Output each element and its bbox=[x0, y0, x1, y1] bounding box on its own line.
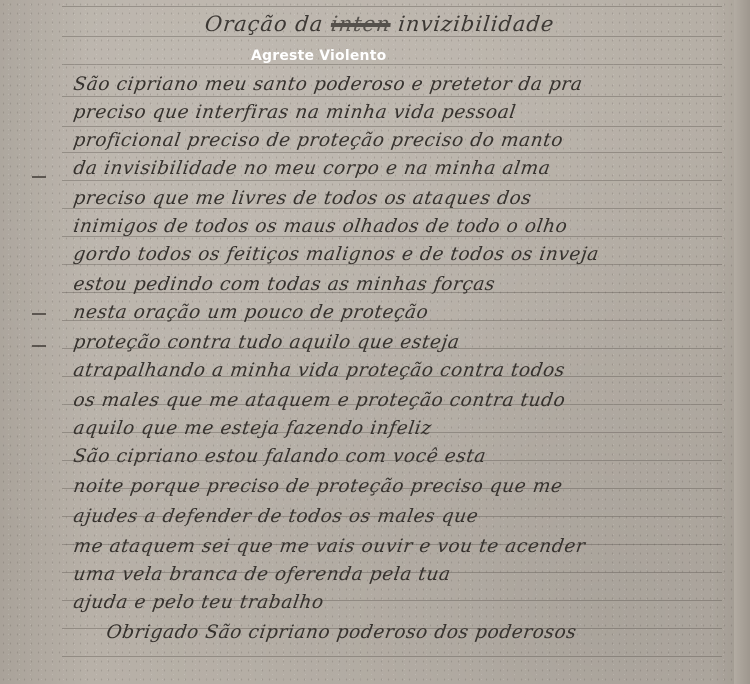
prayer-line: aquilo que me esteja fazendo infeliz bbox=[72, 418, 433, 439]
margin-dash bbox=[32, 176, 46, 178]
prayer-line: gordo todos os feitiços malignos e de to… bbox=[72, 244, 600, 265]
prayer-line: atrapalhando a minha vida proteção contr… bbox=[72, 360, 566, 381]
closing-line: Obrigado São cipriano poderoso dos poder… bbox=[105, 622, 578, 643]
watermark: Agreste Violento bbox=[251, 48, 386, 64]
prayer-line: proficional preciso de proteção preciso … bbox=[72, 130, 565, 151]
ruled-line bbox=[62, 152, 722, 153]
ruled-line bbox=[62, 656, 722, 657]
prayer-line: ajudes a defender de todos os males que bbox=[72, 506, 480, 527]
title-before: Oração da bbox=[204, 12, 333, 36]
prayer-line: da invisibilidade no meu corpo e na minh… bbox=[72, 158, 552, 179]
ruled-line bbox=[62, 64, 722, 65]
prayer-line: estou pedindo com todas as minhas forças bbox=[72, 274, 497, 295]
ruled-line bbox=[62, 96, 722, 97]
ruled-line bbox=[62, 36, 722, 37]
prayer-line: os males que me ataquem e proteção contr… bbox=[72, 390, 567, 411]
paper-edge bbox=[734, 0, 750, 684]
prayer-line: me ataquem sei que me vais ouvir e vou t… bbox=[72, 536, 587, 557]
title-after: invizibilidade bbox=[389, 12, 555, 36]
ruled-line bbox=[62, 180, 722, 181]
prayer-title: Oração da inten invizibilidade bbox=[204, 12, 556, 36]
prayer-line: São cipriano meu santo poderoso e pretet… bbox=[72, 74, 584, 95]
margin-dash bbox=[32, 345, 46, 347]
margin-dash bbox=[32, 313, 46, 315]
ruled-line bbox=[62, 6, 722, 7]
prayer-line: nesta oração um pouco de proteção bbox=[72, 302, 430, 323]
notebook-page: Oração da inten invizibilidade Agreste V… bbox=[0, 0, 750, 684]
prayer-line: ajuda e pelo teu trabalho bbox=[72, 592, 325, 613]
prayer-line: inimigos de todos os maus olhados de tod… bbox=[72, 216, 569, 237]
ruled-line bbox=[62, 126, 722, 127]
title-struck-word: inten bbox=[330, 12, 392, 36]
prayer-line: uma vela branca de oferenda pela tua bbox=[72, 564, 452, 585]
prayer-line: noite porque preciso de proteção preciso… bbox=[72, 476, 564, 497]
prayer-line: proteção contra tudo aquilo que esteja bbox=[72, 332, 461, 353]
prayer-line: preciso que interfiras na minha vida pes… bbox=[72, 102, 517, 123]
prayer-line: preciso que me livres de todos os ataque… bbox=[72, 188, 533, 209]
prayer-line: São cipriano estou falando com você esta bbox=[72, 446, 488, 467]
